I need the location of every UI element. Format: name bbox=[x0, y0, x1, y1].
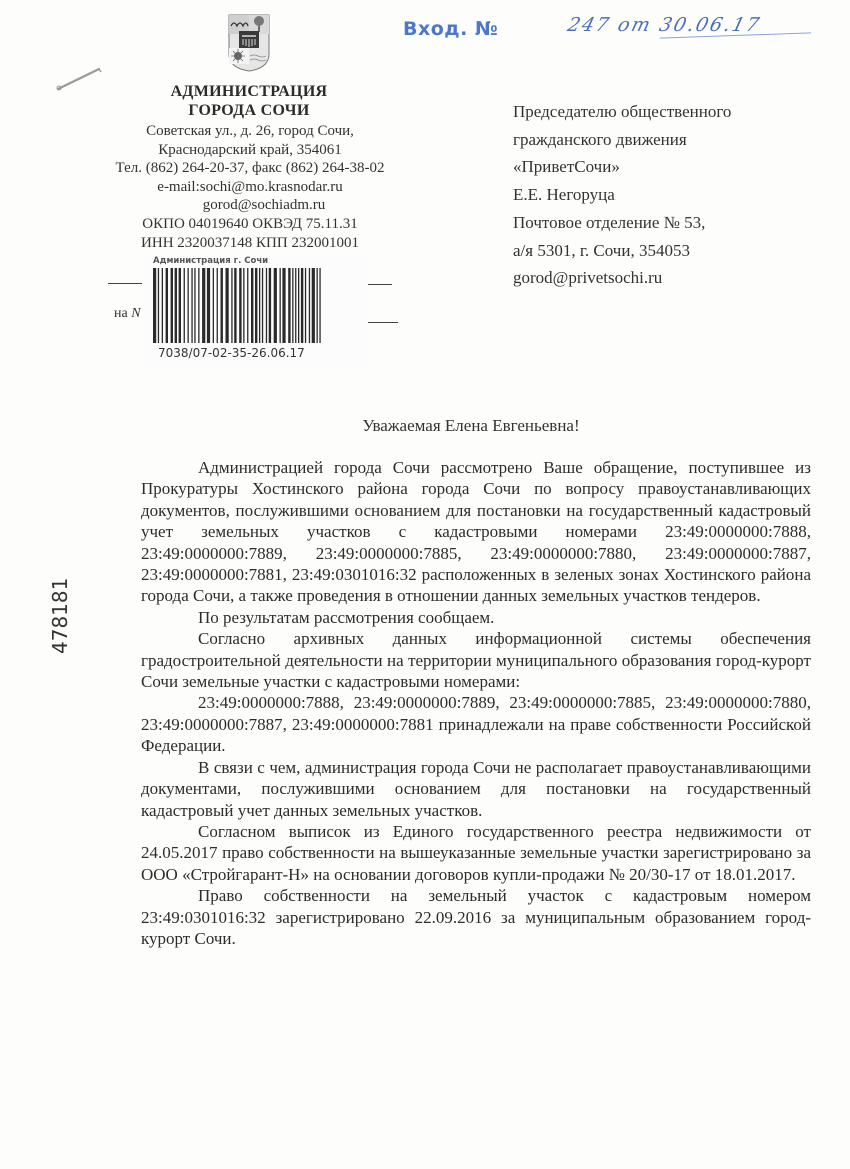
side-registration-number-text: 478181 bbox=[48, 578, 72, 654]
body-paragraph: Право собственности на земельный участок… bbox=[141, 885, 811, 949]
body-paragraph: Согласно архивных данных информационной … bbox=[141, 628, 811, 692]
incoming-stamp-label: Вход. № bbox=[403, 18, 498, 40]
recipient-line: гражданского движения bbox=[513, 126, 731, 154]
phone-fax: Тел. (862) 264-20-37, факс (862) 264-38-… bbox=[100, 159, 400, 178]
paper-clip-mark bbox=[55, 62, 105, 92]
reference-number-label: на N bbox=[114, 306, 141, 322]
recipient-line: Почтовое отделение № 53, bbox=[513, 209, 731, 237]
recipient-email: gorod@privetsochi.ru bbox=[513, 264, 731, 292]
ref-line-right bbox=[368, 322, 398, 323]
body-paragraph-cadastral: 23:49:0000000:7888, 23:49:0000000:7889, … bbox=[141, 692, 811, 756]
recipient-line: «ПриветСочи» bbox=[513, 153, 731, 181]
body-paragraph: В связи с чем, администрация города Сочи… bbox=[141, 757, 811, 821]
date-line-right bbox=[368, 284, 392, 285]
org-name-line1: АДМИНИСТРАЦИЯ bbox=[120, 82, 378, 101]
organization-name: АДМИНИСТРАЦИЯ ГОРОДА СОЧИ bbox=[120, 82, 378, 120]
okpo-okved: ОКПО 04019640 ОКВЭД 75.11.31 bbox=[100, 215, 400, 234]
org-name-line2: ГОРОДА СОЧИ bbox=[120, 101, 378, 120]
address-line2: Краснодарский край, 354061 bbox=[100, 141, 400, 160]
address-line1: Советская ул., д. 26, город Сочи, bbox=[100, 122, 400, 141]
salutation: Уважаемая Елена Евгеньевна! bbox=[141, 416, 801, 436]
email-secondary: gorod@sochiadm.ru bbox=[100, 196, 400, 215]
number-sign: N bbox=[131, 306, 140, 321]
body-paragraph: Согласном выписок из Единого государстве… bbox=[141, 821, 811, 885]
barcode-icon bbox=[153, 268, 325, 343]
recipient-block: Председателю общественного гражданского … bbox=[513, 98, 731, 292]
recipient-name: Е.Е. Негоруца bbox=[513, 181, 731, 209]
sochi-coat-of-arms-icon bbox=[228, 14, 270, 72]
organization-details: Советская ул., д. 26, город Сочи, Красно… bbox=[100, 122, 400, 252]
incoming-stamp-handwritten: 247 от 30.06.17 bbox=[565, 14, 763, 36]
side-registration-number: 478181 bbox=[48, 654, 124, 678]
body-paragraph: Администрацией города Сочи рассмотрено В… bbox=[141, 457, 811, 607]
handwritten-reg-number: 247 от 30.06.17 bbox=[565, 14, 763, 36]
barcode-number: 7038/07-02-35-26.06.17 bbox=[158, 346, 305, 360]
letter-body: Администрацией города Сочи рассмотрено В… bbox=[141, 457, 811, 949]
reference-label: на bbox=[114, 306, 128, 321]
recipient-line: Председателю общественного bbox=[513, 98, 731, 126]
barcode-title: Администрация г. Сочи bbox=[153, 256, 268, 266]
recipient-line: а/я 5301, г. Сочи, 354053 bbox=[513, 237, 731, 265]
body-paragraph: По результатам рассмотрения сообщаем. bbox=[141, 607, 811, 628]
inn-kpp: ИНН 2320037148 КПП 232001001 bbox=[100, 234, 400, 253]
date-line bbox=[108, 283, 142, 284]
email-primary: e-mail:sochi@mo.krasnodar.ru bbox=[100, 178, 400, 197]
